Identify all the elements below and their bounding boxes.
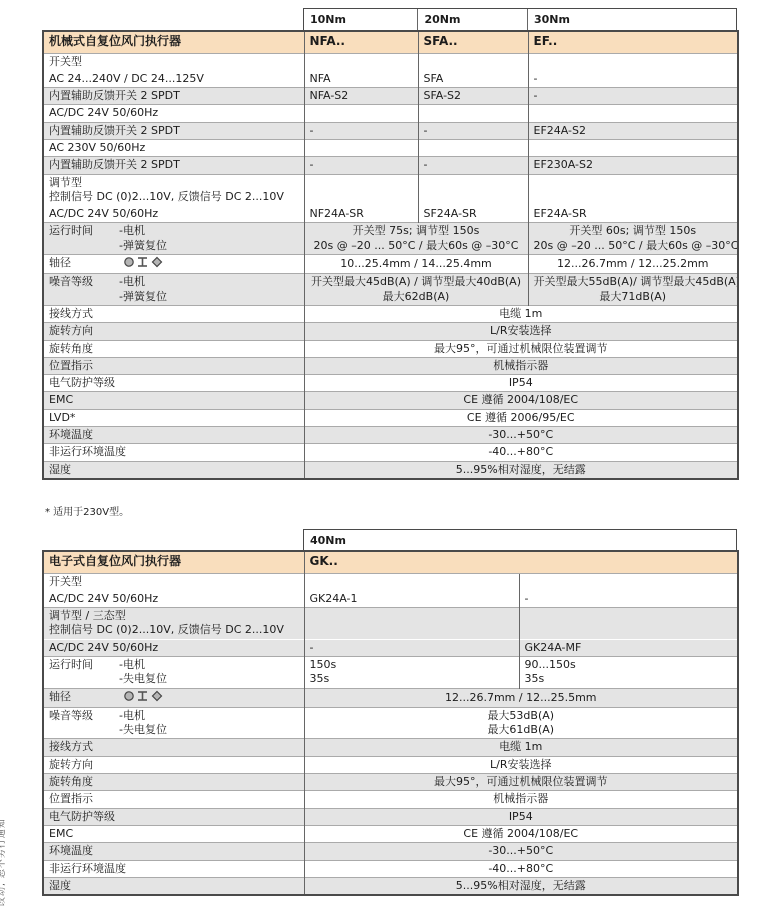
spec-label: 电气防护等级 — [43, 375, 304, 392]
spec-label: 轴径 — [43, 255, 304, 274]
spec-label: 运行时间-电机-失电复位 — [43, 656, 304, 688]
spec-label: 湿度 — [43, 461, 304, 479]
spec-value: 12...26.7mm / 12...25.5mm — [304, 688, 738, 707]
torque-label: 40Nm — [304, 530, 736, 550]
spec-label: AC 230V 50/60Hz — [43, 139, 304, 156]
spec-row: 旋转角度最大95°，可通过机械限位装置调节 — [43, 340, 738, 357]
spec-label: 旋转方向 — [43, 323, 304, 340]
series-title: 电子式自复位风门执行器 — [43, 551, 304, 573]
electronic-actuator-spec-table: 电子式自复位风门执行器GK..开关型AC/DC 24V 50/60HzGK24A… — [42, 550, 739, 896]
spec-value: 开关型 60s; 调节型 150s20s @ –20 ... 50°C / 最大… — [528, 223, 738, 255]
spec-value: 最大95°，可通过机械限位装置调节 — [304, 340, 738, 357]
torque-header-row-electronic: 40Nm — [303, 529, 737, 550]
spec-label: AC/DC 24V 50/60Hz — [43, 105, 304, 122]
spec-value: GK24A-1 — [304, 590, 519, 607]
spec-value: 机械指示器 — [304, 357, 738, 374]
spec-value: 10...25.4mm / 14...25.4mm — [304, 255, 528, 274]
series-model: EF.. — [528, 31, 738, 53]
square-shaft-icon — [152, 258, 161, 267]
spec-label: 电气防护等级 — [43, 808, 304, 825]
spec-row: 内置辅助反馈开关 2 SPDTNFA-S2SFA-S2- — [43, 88, 738, 105]
spec-label: 调节型控制信号 DC (0)2...10V, 反馈信号 DC 2...10V — [43, 174, 304, 206]
spec-row: 接线方式电缆 1m — [43, 305, 738, 322]
spec-label: 内置辅助反馈开关 2 SPDT — [43, 88, 304, 105]
spec-row: 位置指示机械指示器 — [43, 357, 738, 374]
spec-label: 开关型 — [43, 53, 304, 70]
spec-label: 环境温度 — [43, 843, 304, 860]
spec-label: 非运行环境温度 — [43, 444, 304, 461]
spec-value: 5...95%相对湿度，无结露 — [304, 877, 738, 895]
spec-value: NFA-S2 — [304, 88, 418, 105]
spec-value: 12...26.7mm / 12...25.2mm — [528, 255, 738, 274]
spec-label: 接线方式 — [43, 305, 304, 322]
side-note-vertical: 改动, 恕不另行通知 — [0, 818, 7, 906]
spec-row: 噪音等级-电机-弹簧复位开关型最大45dB(A) / 调节型最大40dB(A)最… — [43, 274, 738, 306]
spec-row: 湿度5...95%相对湿度，无结露 — [43, 461, 738, 479]
spec-label: 内置辅助反馈开关 2 SPDT — [43, 122, 304, 139]
spec-value: - — [528, 88, 738, 105]
spec-value: - — [304, 122, 418, 139]
mechanical-actuator-spec-table: 机械式自复位风门执行器NFA..SFA..EF..开关型AC 24...240V… — [42, 30, 739, 480]
spec-value — [304, 139, 418, 156]
spec-value: - — [519, 590, 738, 607]
spec-value — [304, 573, 519, 590]
spec-value — [528, 105, 738, 122]
spec-value: -40...+80°C — [304, 444, 738, 461]
spec-row: LVD*CE 遵循 2006/95/EC — [43, 409, 738, 426]
spec-value: IP54 — [304, 808, 738, 825]
spec-label: 接线方式 — [43, 739, 304, 756]
spec-row: AC 230V 50/60Hz — [43, 139, 738, 156]
shaft-type-icons — [123, 690, 165, 706]
shaft-type-icons — [123, 256, 165, 272]
spec-row: 非运行环境温度-40...+80°C — [43, 860, 738, 877]
spec-row: 轴径 10...25.4mm / 14...25.4mm12...26.7mm … — [43, 255, 738, 274]
spec-value: - — [418, 122, 528, 139]
spec-row: AC/DC 24V 50/60Hz — [43, 105, 738, 122]
series-model: SFA.. — [418, 31, 528, 53]
spec-value — [528, 139, 738, 156]
spec-value: 开关型最大55dB(A)/ 调节型最大45dB(A)最大71dB(A) — [528, 274, 738, 306]
torque-header-row-mechanical: 10Nm20Nm30Nm — [303, 8, 737, 30]
spec-value: -30...+50°C — [304, 843, 738, 860]
spec-value — [418, 174, 528, 206]
spec-row: 运行时间-电机-弹簧复位开关型 75s; 调节型 150s20s @ –20 .… — [43, 223, 738, 255]
spec-label: AC/DC 24V 50/60Hz — [43, 639, 304, 656]
square-shaft-icon — [152, 691, 161, 700]
spec-value: GK24A-MF — [519, 639, 738, 656]
spec-label: 噪音等级-电机-失电复位 — [43, 707, 304, 739]
spec-label: 旋转角度 — [43, 774, 304, 791]
spec-row: 内置辅助反馈开关 2 SPDT--EF230A-S2 — [43, 157, 738, 174]
spec-value: -30...+50°C — [304, 427, 738, 444]
spec-row: 位置指示机械指示器 — [43, 791, 738, 808]
spec-value: SFA — [418, 70, 528, 87]
spec-value: - — [528, 70, 738, 87]
spec-label: 运行时间-电机-弹簧复位 — [43, 223, 304, 255]
spec-value: - — [418, 157, 528, 174]
spec-value — [528, 53, 738, 70]
spec-value: 机械指示器 — [304, 791, 738, 808]
spec-value — [304, 53, 418, 70]
spec-value: 电缆 1m — [304, 739, 738, 756]
spec-row: 电气防护等级IP54 — [43, 375, 738, 392]
spec-row: 湿度5...95%相对湿度，无结露 — [43, 877, 738, 895]
spec-value: SF24A-SR — [418, 206, 528, 223]
round-shaft-icon — [124, 691, 132, 699]
flat-shaft-icon — [138, 692, 147, 700]
spec-label: 噪音等级-电机-弹簧复位 — [43, 274, 304, 306]
spec-value: 150s35s — [304, 656, 519, 688]
spec-value — [528, 174, 738, 206]
spec-value — [304, 105, 418, 122]
spec-label: AC/DC 24V 50/60Hz — [43, 206, 304, 223]
spec-value: 开关型 75s; 调节型 150s20s @ –20 ... 50°C / 最大… — [304, 223, 528, 255]
spec-value: IP54 — [304, 375, 738, 392]
spec-label: AC 24...240V / DC 24...125V — [43, 70, 304, 87]
spec-value — [304, 174, 418, 206]
spec-row: AC/DC 24V 50/60Hz-GK24A-MF — [43, 639, 738, 656]
spec-row: AC/DC 24V 50/60HzGK24A-1- — [43, 590, 738, 607]
torque-label: 10Nm — [304, 9, 417, 30]
spec-label: 位置指示 — [43, 357, 304, 374]
spec-row: 内置辅助反馈开关 2 SPDT--EF24A-S2 — [43, 122, 738, 139]
spec-value — [519, 573, 738, 590]
spec-row: 环境温度-30...+50°C — [43, 427, 738, 444]
spec-value: 最大95°，可通过机械限位装置调节 — [304, 774, 738, 791]
spec-value: 5...95%相对湿度，无结露 — [304, 461, 738, 479]
spec-row: 调节型控制信号 DC (0)2...10V, 反馈信号 DC 2...10V — [43, 174, 738, 206]
spec-label: AC/DC 24V 50/60Hz — [43, 590, 304, 607]
spec-value: CE 遵循 2004/108/EC — [304, 825, 738, 842]
spec-label: 旋转角度 — [43, 340, 304, 357]
torque-label: 30Nm — [527, 9, 736, 30]
spec-value — [418, 105, 528, 122]
spec-label: 轴径 — [43, 688, 304, 707]
flat-shaft-icon — [138, 258, 147, 266]
series-model: NFA.. — [304, 31, 418, 53]
spec-value: EF24A-SR — [528, 206, 738, 223]
spec-value: EF24A-S2 — [528, 122, 738, 139]
spec-row: 电气防护等级IP54 — [43, 808, 738, 825]
spec-row: 旋转方向L/R安装选择 — [43, 756, 738, 773]
spec-row: 环境温度-30...+50°C — [43, 843, 738, 860]
spec-row: 轴径 12...26.7mm / 12...25.5mm — [43, 688, 738, 707]
spec-value: -40...+80°C — [304, 860, 738, 877]
spec-value: 开关型最大45dB(A) / 调节型最大40dB(A)最大62dB(A) — [304, 274, 528, 306]
datasheet-page: 10Nm20Nm30Nm 机械式自复位风门执行器NFA..SFA..EF..开关… — [0, 0, 770, 908]
spec-label: 环境温度 — [43, 427, 304, 444]
round-shaft-icon — [124, 258, 132, 266]
spec-value: 电缆 1m — [304, 305, 738, 322]
spec-label: 调节型 / 三态型控制信号 DC (0)2...10V, 反馈信号 DC 2..… — [43, 608, 304, 640]
spec-row: 噪音等级-电机-失电复位最大53dB(A)最大61dB(A) — [43, 707, 738, 739]
spec-value: L/R安装选择 — [304, 756, 738, 773]
series-model: GK.. — [304, 551, 738, 573]
series-title: 机械式自复位风门执行器 — [43, 31, 304, 53]
spec-value: EF230A-S2 — [528, 157, 738, 174]
spec-value: NF24A-SR — [304, 206, 418, 223]
spec-label: 开关型 — [43, 573, 304, 590]
spec-label: 旋转方向 — [43, 756, 304, 773]
spec-row: 非运行环境温度-40...+80°C — [43, 444, 738, 461]
spec-label: EMC — [43, 392, 304, 409]
spec-row: 开关型 — [43, 53, 738, 70]
spec-value — [519, 608, 738, 640]
spec-value: CE 遵循 2004/108/EC — [304, 392, 738, 409]
spec-value: CE 遵循 2006/95/EC — [304, 409, 738, 426]
spec-label: 内置辅助反馈开关 2 SPDT — [43, 157, 304, 174]
spec-value: L/R安装选择 — [304, 323, 738, 340]
spec-label: 位置指示 — [43, 791, 304, 808]
spec-row: EMCCE 遵循 2004/108/EC — [43, 392, 738, 409]
series-title-row: 电子式自复位风门执行器GK.. — [43, 551, 738, 573]
spec-label: LVD* — [43, 409, 304, 426]
spec-row: 接线方式电缆 1m — [43, 739, 738, 756]
spec-row: 开关型 — [43, 573, 738, 590]
spec-row: EMCCE 遵循 2004/108/EC — [43, 825, 738, 842]
footnote: * 适用于230V型。 — [45, 503, 129, 518]
spec-value — [418, 139, 528, 156]
spec-value — [304, 608, 519, 640]
spec-label: EMC — [43, 825, 304, 842]
spec-row: 调节型 / 三态型控制信号 DC (0)2...10V, 反馈信号 DC 2..… — [43, 608, 738, 640]
spec-value: NFA — [304, 70, 418, 87]
spec-row: 旋转方向L/R安装选择 — [43, 323, 738, 340]
spec-row: AC/DC 24V 50/60HzNF24A-SRSF24A-SREF24A-S… — [43, 206, 738, 223]
spec-row: 运行时间-电机-失电复位150s35s90...150s35s — [43, 656, 738, 688]
spec-value: 最大53dB(A)最大61dB(A) — [304, 707, 738, 739]
spec-value: 90...150s35s — [519, 656, 738, 688]
spec-value: SFA-S2 — [418, 88, 528, 105]
spec-label: 湿度 — [43, 877, 304, 895]
spec-value — [418, 53, 528, 70]
spec-value: - — [304, 639, 519, 656]
spec-row: 旋转角度最大95°，可通过机械限位装置调节 — [43, 774, 738, 791]
series-title-row: 机械式自复位风门执行器NFA..SFA..EF.. — [43, 31, 738, 53]
spec-value: - — [304, 157, 418, 174]
spec-label: 非运行环境温度 — [43, 860, 304, 877]
torque-label: 20Nm — [417, 9, 527, 30]
spec-row: AC 24...240V / DC 24...125VNFASFA- — [43, 70, 738, 87]
